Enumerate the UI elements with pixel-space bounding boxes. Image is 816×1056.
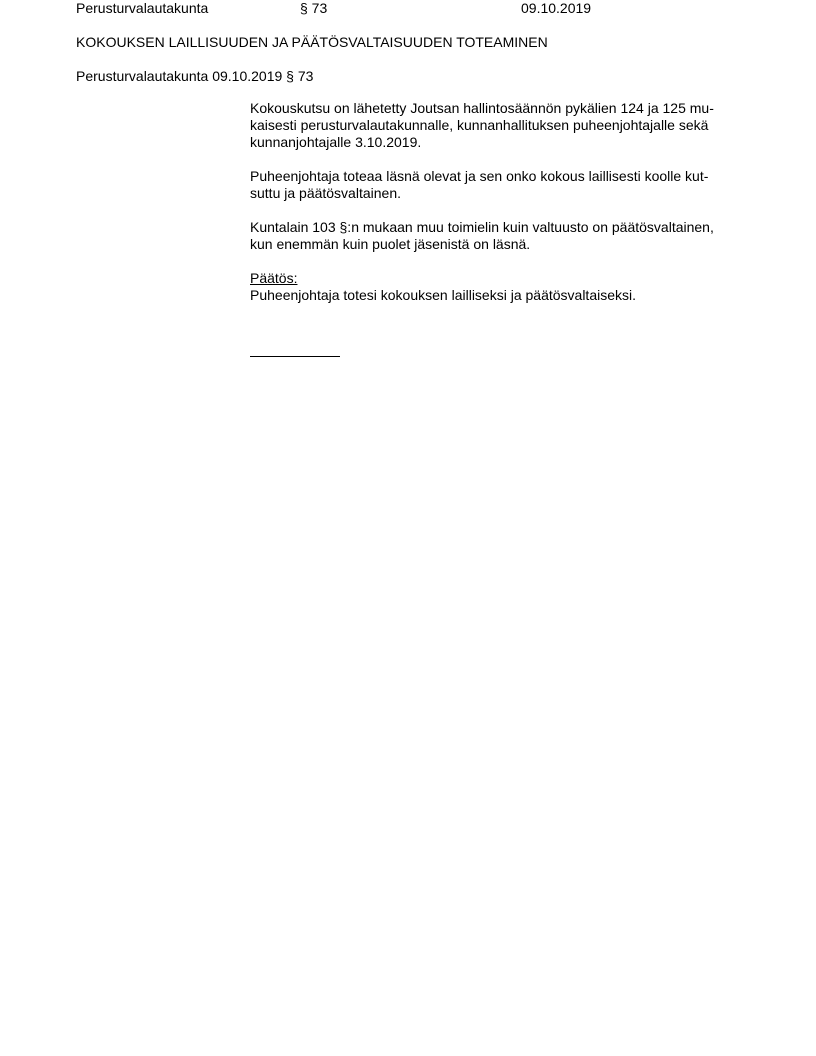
meeting-reference: Perusturvalautakunta 09.10.2019 § 73 [76, 68, 313, 84]
header-section: § 73 [300, 0, 327, 16]
line: Kokouskutsu on lähetetty Joutsan hallint… [250, 100, 740, 117]
decision-text: Puheenjohtaja totesi kokouksen laillisek… [250, 287, 740, 304]
paragraph-invitation: Kokouskutsu on lähetetty Joutsan hallint… [250, 100, 740, 151]
decision-block: Päätös: Puheenjohtaja totesi kokouksen l… [250, 270, 740, 304]
line: kaisesti perusturvalautakunnalle, kunnan… [250, 117, 740, 134]
decision-label: Päätös: [250, 270, 740, 287]
document-title: KOKOUKSEN LAILLISUUDEN JA PÄÄTÖSVALTAISU… [76, 34, 548, 50]
line: kun enemmän kuin puolet jäsenistä on läs… [250, 236, 740, 253]
header-date: 09.10.2019 [521, 0, 591, 16]
line: suttu ja päätösvaltainen. [250, 185, 740, 202]
paragraph-chair: Puheenjohtaja toteaa läsnä olevat ja sen… [250, 168, 740, 202]
line: Puheenjohtaja toteaa läsnä olevat ja sen… [250, 168, 740, 185]
paragraph-law: Kuntalain 103 §:n mukaan muu toimielin k… [250, 219, 740, 253]
header-committee: Perusturvalautakunta [76, 0, 208, 16]
line: Kuntalain 103 §:n mukaan muu toimielin k… [250, 219, 740, 236]
signature-line [250, 356, 340, 357]
line: kunnanjohtajalle 3.10.2019. [250, 134, 740, 151]
